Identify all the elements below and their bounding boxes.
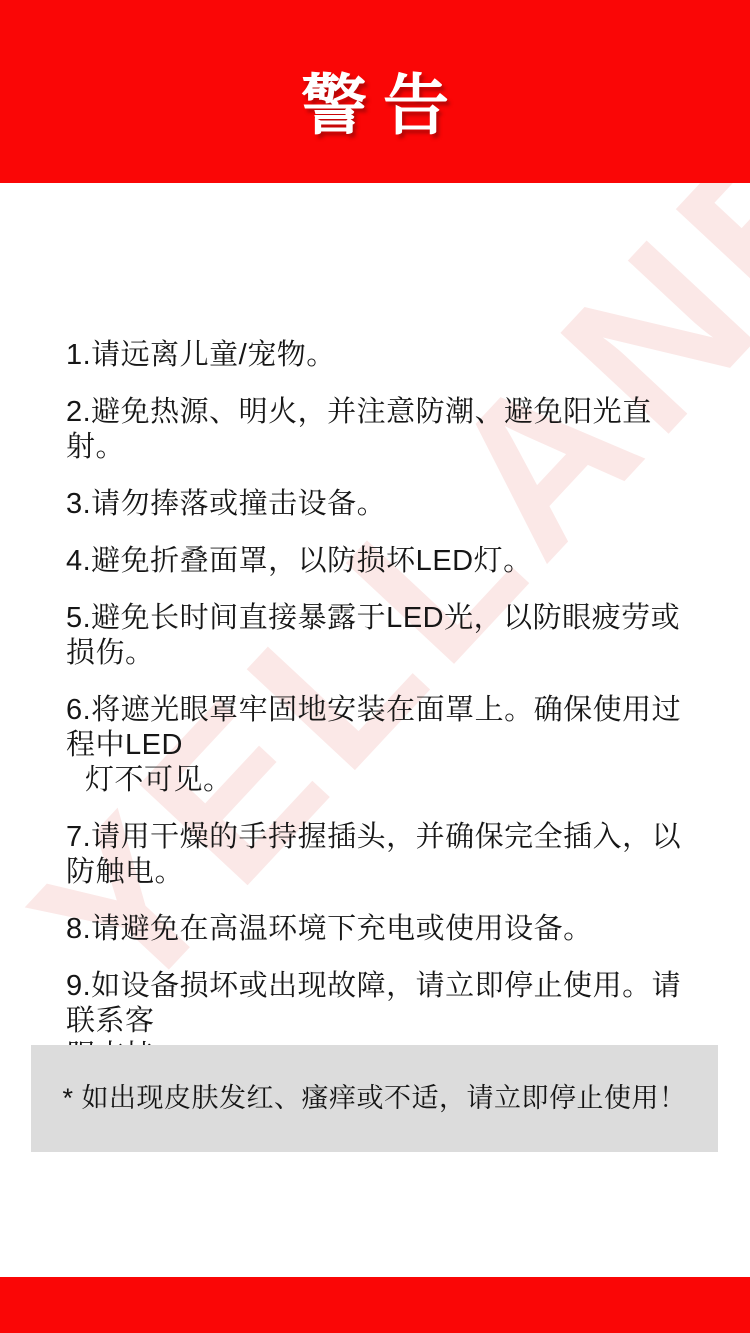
header-banner: 警告 xyxy=(0,0,750,183)
warning-line: 5.避免长时间直接暴露于LED光，以防眼疲劳或损伤。 xyxy=(66,601,702,671)
note-box: * 如出现皮肤发红、瘙痒或不适，请立即停止使用！ xyxy=(31,1045,718,1152)
warning-line: 9.如设备损坏或出现故障，请立即停止使用。请联系客 xyxy=(66,969,702,1039)
warning-item-5: 5.避免长时间直接暴露于LED光，以防眼疲劳或损伤。 xyxy=(66,601,702,671)
warning-line: 8.请避免在高温环境下充电或使用设备。 xyxy=(66,912,702,947)
warning-line: 2.避免热源、明火，并注意防潮、避免阳光直射。 xyxy=(66,395,702,465)
warning-list: 1.请远离儿童/宠物。 2.避免热源、明火，并注意防潮、避免阳光直射。 3.请勿… xyxy=(66,338,702,1096)
warning-item-2: 2.避免热源、明火，并注意防潮、避免阳光直射。 xyxy=(66,395,702,465)
warning-item-3: 3.请勿捧落或撞击设备。 xyxy=(66,487,702,522)
warning-item-1: 1.请远离儿童/宠物。 xyxy=(66,338,702,373)
warning-item-7: 7.请用干燥的手持握插头，并确保完全插入，以防触电。 xyxy=(66,820,702,890)
warning-line: 4.避免折叠面罩，以防损坏LED灯。 xyxy=(66,544,702,579)
footer-bar xyxy=(0,1277,750,1333)
warning-line: 3.请勿捧落或撞击设备。 xyxy=(66,487,702,522)
warning-line: 6.将遮光眼罩牢固地安装在面罩上。确保使用过程中LED xyxy=(66,693,702,763)
warning-item-6: 6.将遮光眼罩牢固地安装在面罩上。确保使用过程中LED 灯不可见。 xyxy=(66,693,702,798)
page-title: 警告 xyxy=(285,36,465,147)
warning-line: 灯不可见。 xyxy=(66,763,702,798)
note-text: * 如出现皮肤发红、瘙痒或不适，请立即停止使用！ xyxy=(62,1076,686,1121)
warning-line: 7.请用干燥的手持握插头，并确保完全插入，以防触电。 xyxy=(66,820,702,890)
warning-line: 1.请远离儿童/宠物。 xyxy=(66,338,702,373)
warning-item-4: 4.避免折叠面罩，以防损坏LED灯。 xyxy=(66,544,702,579)
warning-item-8: 8.请避免在高温环境下充电或使用设备。 xyxy=(66,912,702,947)
warning-page: 警告 YELLANE 1.请远离儿童/宠物。 2.避免热源、明火，并注意防潮、避… xyxy=(0,0,750,1333)
